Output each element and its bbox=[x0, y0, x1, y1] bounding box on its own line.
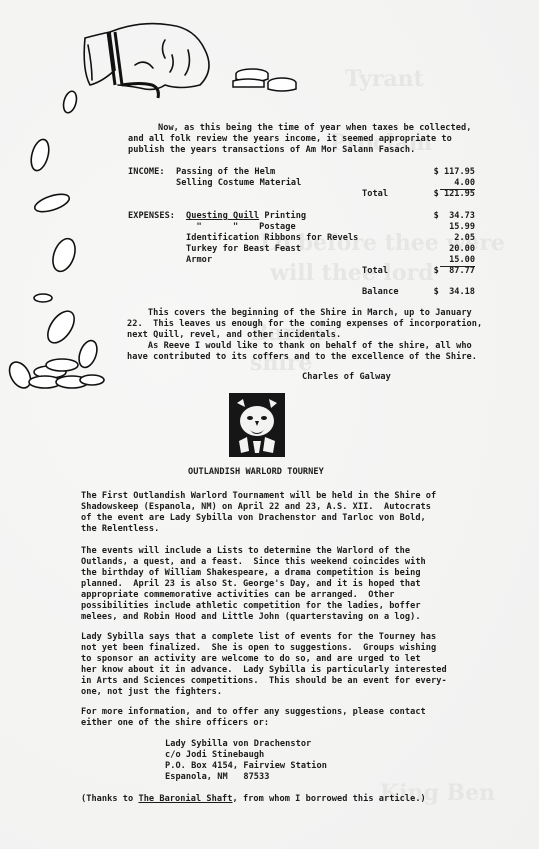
article-line: Lady Sybilla says that a complete list o… bbox=[81, 632, 436, 643]
expense-item: " " Postage bbox=[186, 222, 296, 233]
article-line: in Arts and Sciences competitions. This … bbox=[81, 676, 447, 687]
expense-amount: $ 34.73 bbox=[434, 211, 475, 222]
article-line: either one of the shire officers or: bbox=[81, 718, 269, 729]
falling-coins-icon bbox=[0, 90, 120, 400]
article-line: melees, and Robin Hood and Little John (… bbox=[81, 612, 421, 623]
expenses-label: EXPENSES: bbox=[128, 211, 175, 222]
article-line: The First Outlandish Warlord Tournament … bbox=[81, 491, 436, 502]
closing-line: 22. This leaves us enough for the coming… bbox=[127, 319, 482, 330]
article-line: the Relentless. bbox=[81, 524, 159, 535]
income-item: Passing of the Helm bbox=[176, 167, 275, 178]
expense-amount: 20.00 bbox=[449, 244, 475, 255]
article-line: possibilities include athletic competiti… bbox=[81, 601, 421, 612]
credit-line: (Thanks to The Baronial Shaft, from whom… bbox=[81, 794, 426, 805]
article-line: Outlands, a quest, and a feast. Since th… bbox=[81, 557, 426, 568]
balance-amount: $ 34.18 bbox=[434, 287, 475, 298]
article-line: appropriate commemorative activities can… bbox=[81, 590, 394, 601]
expenses-total: $ 87.77 bbox=[434, 266, 475, 277]
expense-item: Turkey for Beast Feast bbox=[186, 244, 301, 255]
expense-item: Questing Quill Printing bbox=[186, 211, 306, 222]
lion-head-woodcut-icon bbox=[229, 393, 285, 457]
signature: Charles of Galway bbox=[302, 372, 391, 383]
article-line: to sponsor an activity are welcome to do… bbox=[81, 654, 421, 665]
closing-line: have contributed to its coffers and to t… bbox=[127, 352, 477, 363]
article-line: one, not just the fighters. bbox=[81, 687, 222, 698]
closing-line: This covers the beginning of the Shire i… bbox=[127, 308, 472, 319]
article-line: The events will include a Lists to deter… bbox=[81, 546, 410, 557]
closing-line: next Quill, revel, and other incidentals… bbox=[127, 330, 341, 341]
income-amount: 4.00 bbox=[454, 178, 475, 189]
article-line: of the event are Lady Sybilla von Drache… bbox=[81, 513, 426, 524]
article-line: the birthday of William Shakespeare, a d… bbox=[81, 568, 421, 579]
article-line: not yet been finalized. She is open to s… bbox=[81, 643, 436, 654]
intro-line: and all folk review the years income, it… bbox=[128, 134, 452, 145]
address-line: Espanola, NM 87533 bbox=[165, 772, 269, 783]
article-line: planned. April 23 is also St. George's D… bbox=[81, 579, 421, 590]
expense-amount: 15.00 bbox=[449, 255, 475, 266]
expense-item: Identification Ribbons for Revels bbox=[186, 233, 358, 244]
income-label: INCOME: bbox=[128, 167, 165, 178]
expense-amount: 2.05 bbox=[454, 233, 475, 244]
article-line: her know about it in advance. Lady Sybil… bbox=[81, 665, 447, 676]
income-amount: $ 117.95 bbox=[434, 167, 475, 178]
income-total-label: Total bbox=[362, 189, 388, 200]
expense-amount: 15.99 bbox=[449, 222, 475, 233]
closing-line: As Reeve I would like to thank on behalf… bbox=[127, 341, 472, 352]
balance-label: Balance bbox=[362, 287, 399, 298]
coin-stack-icon bbox=[230, 65, 300, 95]
income-item: Selling Costume Material bbox=[176, 178, 301, 189]
expenses-total-label: Total bbox=[362, 266, 388, 277]
article-line: Shadowskeep (Espanola, NM) on April 22 a… bbox=[81, 502, 431, 513]
income-total: $ 121.95 bbox=[434, 189, 475, 200]
money-bag-icon bbox=[80, 10, 240, 95]
intro-line: publish the years transactions of Am Mor… bbox=[128, 145, 415, 156]
article-line: For more information, and to offer any s… bbox=[81, 707, 426, 718]
intro-line: Now, as this being the time of year when… bbox=[158, 123, 471, 134]
address-line: Lady Sybilla von Drachenstor bbox=[165, 739, 311, 750]
address-line: P.O. Box 4154, Fairview Station bbox=[165, 761, 327, 772]
credit-source-title: The Baronial Shaft bbox=[138, 794, 232, 804]
article-title: OUTLANDISH WARLORD TOURNEY bbox=[188, 467, 324, 478]
expense-item: Armor bbox=[186, 255, 212, 266]
address-line: c/o Jodi Stinebaugh bbox=[165, 750, 264, 761]
